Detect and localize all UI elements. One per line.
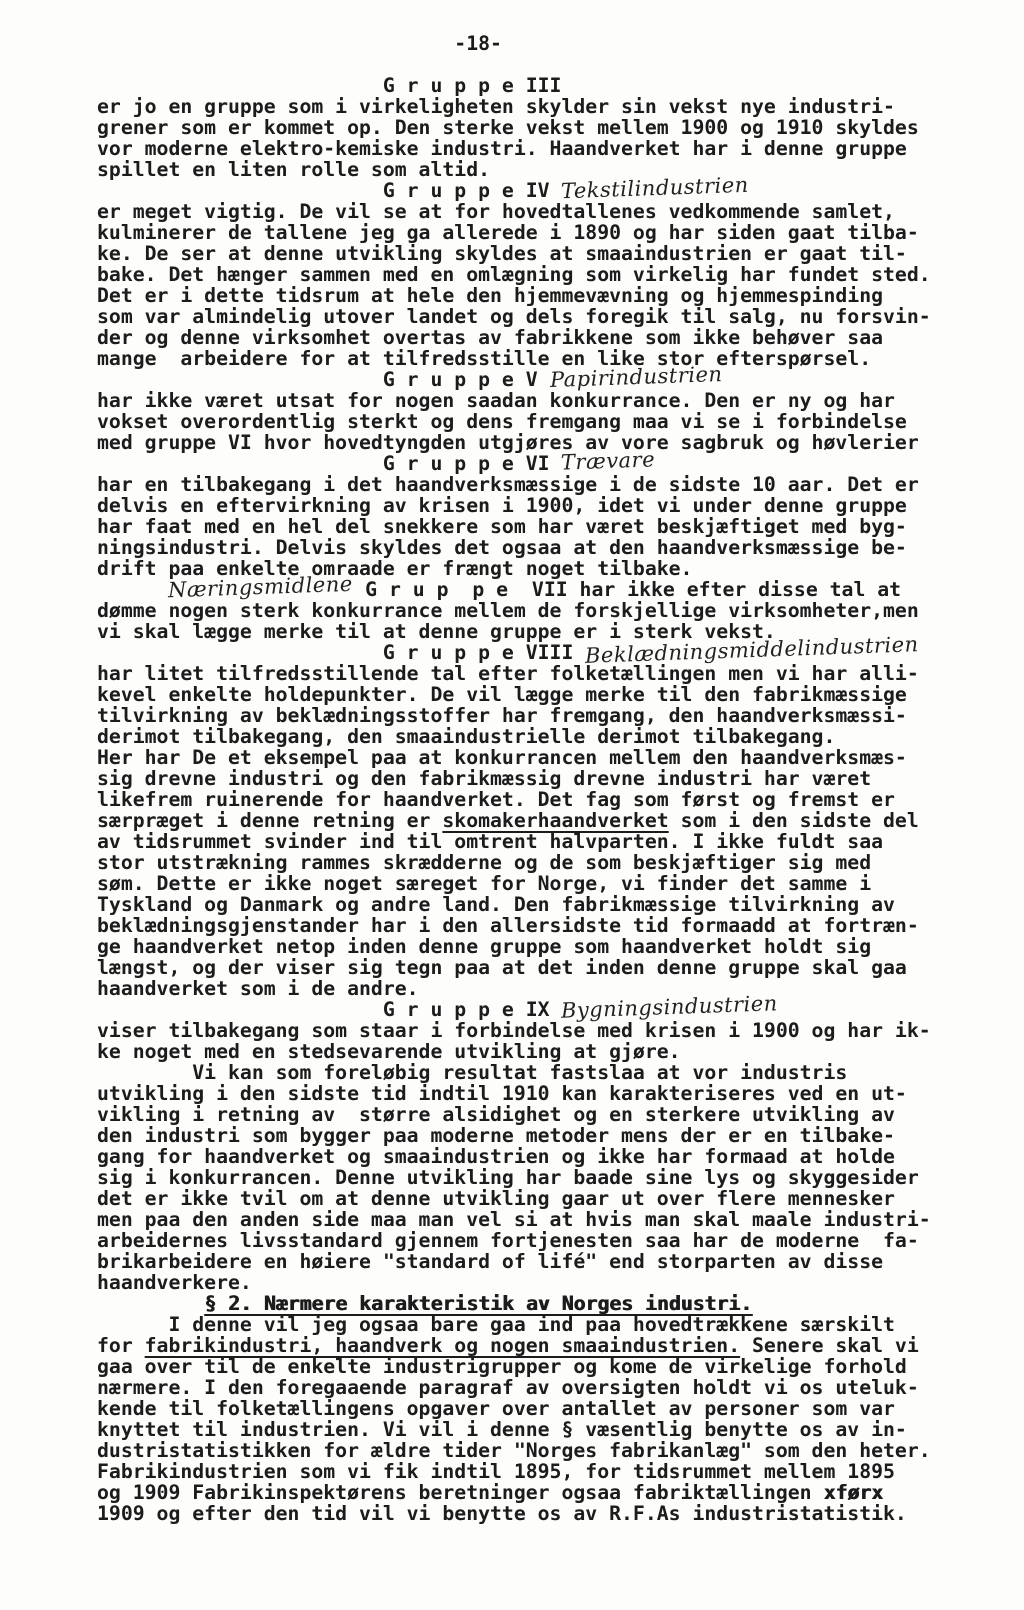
text-line: likefrem ruinerende for haandverket. Det… — [97, 789, 984, 810]
text-line: og 1909 Fabrikinspektørens beretninger o… — [97, 1482, 984, 1503]
text-line: vor moderne elektro-kemiske industri. Ha… — [97, 138, 984, 159]
typed-text: G r u p p e VII har ikke efter disse tal… — [353, 578, 901, 601]
typed-text: har faat med en hel del snekkere som har… — [97, 515, 907, 538]
typed-text: har litet tilfredsstillende tal efter fo… — [97, 662, 919, 685]
typed-text: er jo en gruppe som i virkeligheten skyl… — [97, 95, 895, 118]
typed-text: -18- — [97, 32, 502, 55]
underlined-text: skomakerhaandverket — [442, 809, 668, 832]
typed-text: Det er i dette tidsrum at hele den hjemm… — [97, 284, 883, 307]
typed-text: ge haandverket netop inden denne gruppe … — [97, 935, 871, 958]
text-line: har faat med en hel del snekkere som har… — [97, 516, 984, 537]
text-line: derimot tilbakegang, den smaaindustriell… — [97, 726, 984, 747]
typed-text: G r u p p e IV — [97, 179, 561, 202]
text-line: ke noget med en stedsevarende utvikling … — [97, 1041, 984, 1062]
typed-text: for — [97, 1334, 145, 1357]
typed-text: tilvirkning av beklædningsstoffer har fr… — [97, 704, 907, 727]
typed-text: viser tilbakegang som staar i forbindels… — [97, 1019, 931, 1042]
text-line: stor utstrækning rammes skrædderne og de… — [97, 852, 984, 873]
typed-text: haandverket som i de andre. — [97, 977, 419, 1000]
text-line: vikling i retning av større alsidighet o… — [97, 1104, 984, 1125]
text-line: spillet en liten rolle som altid. — [97, 159, 984, 180]
typed-text: brikarbeidere en høiere "standard of lif… — [97, 1250, 883, 1273]
typed-text: den industri som bygger paa moderne meto… — [97, 1124, 895, 1147]
text-line: har en tilbakegang i det haandverksmæssi… — [97, 474, 984, 495]
text-line: Her har De et eksempel paa at konkurranc… — [97, 747, 984, 768]
handwritten-annotation: Papirindustrien — [549, 364, 722, 391]
text-line: men paa den anden side maa man vel si at… — [97, 1209, 984, 1230]
typed-text: beklædningsgjenstander har i den allersi… — [97, 914, 919, 937]
text-line: der og denne virksomhet overtas av fabri… — [97, 327, 984, 348]
handwritten-annotation: Bygningsindustrien — [561, 993, 778, 1022]
typed-text: ningsindustri. Delvis skyldes det ogsaa … — [97, 536, 907, 559]
typed-text: grener som er kommet op. Den sterke veks… — [97, 116, 919, 139]
typed-text — [97, 578, 168, 601]
text-line: Det er i dette tidsrum at hele den hjemm… — [97, 285, 984, 306]
text-line: Vi kan som foreløbig resultat fastslaa a… — [97, 1062, 984, 1083]
heading-gruppe-v: G r u p p e V Papirindustrien — [97, 369, 984, 390]
typed-text: sig i konkurrancen. Denne utvikling har … — [97, 1166, 919, 1189]
typed-text: G r u p p e VIII — [97, 641, 585, 664]
typed-text: vi skal lægge merke til at denne gruppe … — [97, 620, 776, 643]
typed-text: og 1909 Fabrikinspektørens beretninger o… — [97, 1481, 823, 1504]
text-line: med gruppe VI hvor hovedtyngden utgjøres… — [97, 432, 984, 453]
text-line: Fabrikindustrien som vi fik indtil 1895,… — [97, 1461, 984, 1482]
typed-text: gang for haandverket og smaaindustrien o… — [97, 1145, 895, 1168]
typed-text: Vi kan som foreløbig resultat fastslaa a… — [97, 1061, 847, 1084]
text-line: ningsindustri. Delvis skyldes det ogsaa … — [97, 537, 984, 558]
text-line: Tyskland og Danmark og andre land. Den f… — [97, 894, 984, 915]
text-line: tilvirkning av beklædningsstoffer har fr… — [97, 705, 984, 726]
typed-text: likefrem ruinerende for haandverket. Det… — [97, 788, 895, 811]
text-line: har ikke været utsat for nogen saadan ko… — [97, 390, 984, 411]
typed-text: delvis en eftervirkning av krisen i 1900… — [97, 494, 907, 517]
typed-text: har en tilbakegang i det haandverksmæssi… — [97, 473, 919, 496]
text-line: dømme nogen sterk konkurrance mellem de … — [97, 600, 984, 621]
typed-text: G r u p p e IX — [97, 998, 561, 1021]
text-line: arbeidernes livsstandard gjennem fortjen… — [97, 1230, 984, 1251]
text-line: som var almindelig utover landet og dels… — [97, 306, 984, 327]
typed-text: bake. Det hænger sammen med en omlægning… — [97, 263, 931, 286]
page-number: -18- — [97, 33, 984, 54]
typed-text: ke. De ser at denne utvikling skyldes at… — [97, 242, 907, 265]
text-line: søm. Dette er ikke noget særeget for Nor… — [97, 873, 984, 894]
text-line: haandverkere. — [97, 1272, 984, 1293]
handwritten-annotation: Trævare — [561, 449, 656, 473]
text-line: er jo en gruppe som i virkeligheten skyl… — [97, 96, 984, 117]
typed-text: 1909 og efter den tid vil vi benytte os … — [97, 1502, 907, 1525]
text-line: det er ikke tvil om at denne utvikling g… — [97, 1188, 984, 1209]
text-line: grener som er kommet op. Den sterke veks… — [97, 117, 984, 138]
typed-text: Senere skal vi — [740, 1334, 919, 1357]
text-line: 1909 og efter den tid vil vi benytte os … — [97, 1503, 984, 1524]
typed-text: vikling i retning av større alsidighet o… — [97, 1103, 895, 1126]
text-line: længst, og der viser sig tegn paa at det… — [97, 957, 984, 978]
typed-text: Her har De et eksempel paa at konkurranc… — [97, 746, 907, 769]
text-line: den industri som bygger paa moderne meto… — [97, 1125, 984, 1146]
typed-text: I denne vil jeg ogsaa bare gaa ind paa h… — [97, 1313, 895, 1336]
text-line: mange arbeidere for at tilfredsstille en… — [97, 348, 984, 369]
handwritten-annotation: Tekstilindustrien — [561, 175, 749, 203]
typed-text: ke noget med en stedsevarende utvikling … — [97, 1040, 681, 1063]
heading-gruppe-vii: Næringsmidlene G r u p p e VII har ikke … — [97, 579, 984, 600]
text-line: nærmere. I den foregaaende paragraf av o… — [97, 1377, 984, 1398]
text-line: er meget vigtig. De vil se at for hovedt… — [97, 201, 984, 222]
typed-text: som i den sidste del — [669, 809, 919, 832]
text-line: beklædningsgjenstander har i den allersi… — [97, 915, 984, 936]
typed-text: søm. Dette er ikke noget særeget for Nor… — [97, 872, 871, 895]
typed-text: har ikke været utsat for nogen saadan ko… — [97, 389, 895, 412]
text-line: sig i konkurrancen. Denne utvikling har … — [97, 1167, 984, 1188]
typed-text: av tidsrummet svinder ind til omtrent ha… — [97, 830, 883, 853]
text-line: av tidsrummet svinder ind til omtrent ha… — [97, 831, 984, 852]
typed-text: særpræget i denne retning er — [97, 809, 442, 832]
typed-text: det er ikke tvil om at denne utvikling g… — [97, 1187, 895, 1210]
text-line: kevel enkelte holdepunkter. De vil lægge… — [97, 684, 984, 705]
document-page: -18- G r u p p e IIIer jo en gruppe som … — [0, 0, 1024, 1610]
text-line: ge haandverket netop inden denne gruppe … — [97, 936, 984, 957]
typed-text: G r u p p e VI — [97, 452, 561, 475]
typed-text: G r u p p e III — [97, 74, 561, 97]
typed-text: kulminerer de tallene jeg ga allerede i … — [97, 221, 919, 244]
typed-text: haandverkere. — [97, 1271, 252, 1294]
typed-text: men paa den anden side maa man vel si at… — [97, 1208, 931, 1231]
typed-text: gaa over til de enkelte industrigrupper … — [97, 1355, 907, 1378]
heading-gruppe-vi: G r u p p e VI Trævare — [97, 453, 984, 474]
typed-text: mange arbeidere for at tilfredsstille en… — [97, 347, 871, 370]
text-line: brikarbeidere en høiere "standard of lif… — [97, 1251, 984, 1272]
typed-text: kende til folketællingens opgaver over a… — [97, 1397, 895, 1420]
typed-text: nærmere. I den foregaaende paragraf av o… — [97, 1376, 919, 1399]
typed-text: Tyskland og Danmark og andre land. Den f… — [97, 893, 895, 916]
heading-gruppe-iv: G r u p p e IV Tekstilindustrien — [97, 180, 984, 201]
text-line: I denne vil jeg ogsaa bare gaa ind paa h… — [97, 1314, 984, 1335]
heading-gruppe-viii: G r u p p e VIII Beklædningsmiddelindust… — [97, 642, 984, 663]
typed-text: knyttet til industrien. Vi vil i denne §… — [97, 1418, 907, 1441]
typed-text: er meget vigtig. De vil se at for hovedt… — [97, 200, 895, 223]
text-line: utvikling i den sidste tid indtil 1910 k… — [97, 1083, 984, 1104]
typed-text: kevel enkelte holdepunkter. De vil lægge… — [97, 683, 907, 706]
text-line — [97, 54, 984, 75]
text-line: gaa over til de enkelte industrigrupper … — [97, 1356, 984, 1377]
text-line: knyttet til industrien. Vi vil i denne §… — [97, 1419, 984, 1440]
text-line: sig drevne industri og den fabrikmæssig … — [97, 768, 984, 789]
typed-text: sig drevne industri og den fabrikmæssig … — [97, 767, 871, 790]
text-line: delvis en eftervirkning av krisen i 1900… — [97, 495, 984, 516]
heading-paragraph-2: § 2. Nærmere karakteristik av Norges ind… — [97, 1293, 984, 1314]
typed-text: spillet en liten rolle som altid. — [97, 158, 490, 181]
text-line: for fabrikindustri, haandverk og nogen s… — [97, 1335, 984, 1356]
typed-text: Fabrikindustrien som vi fik indtil 1895,… — [97, 1460, 895, 1483]
typed-text: derimot tilbakegang, den smaaindustriell… — [97, 725, 835, 748]
text-line: særpræget i denne retning er skomakerhaa… — [97, 810, 984, 831]
text-line: vokset overordentlig sterkt og dens frem… — [97, 411, 984, 432]
underlined-text: § 2. Nærmere karakteristik av Norges ind… — [204, 1292, 752, 1315]
typed-text: dømme nogen sterk konkurrance mellem de … — [97, 599, 919, 622]
typed-text: vokset overordentlig sterkt og dens frem… — [97, 410, 907, 433]
typed-text: længst, og der viser sig tegn paa at det… — [97, 956, 907, 979]
handwritten-annotation: Næringsmidlene — [168, 574, 353, 601]
text-line: gang for haandverket og smaaindustrien o… — [97, 1146, 984, 1167]
text-line: ke. De ser at denne utvikling skyldes at… — [97, 243, 984, 264]
typed-text: som var almindelig utover landet og dels… — [97, 305, 931, 328]
text-line: dustristatistikken for ældre tider "Norg… — [97, 1440, 984, 1461]
page-text: -18- G r u p p e IIIer jo en gruppe som … — [97, 33, 984, 1524]
typed-text: arbeidernes livsstandard gjennem fortjen… — [97, 1229, 919, 1252]
text-line: bake. Det hænger sammen med en omlægning… — [97, 264, 984, 285]
typed-text — [97, 1292, 204, 1315]
text-line: har litet tilfredsstillende tal efter fo… — [97, 663, 984, 684]
typed-text: der og denne virksomhet overtas av fabri… — [97, 326, 883, 349]
text-line: kulminerer de tallene jeg ga allerede i … — [97, 222, 984, 243]
underlined-text: fabrikindustri, haandverk og nogen smaai… — [145, 1334, 740, 1357]
typed-text: med gruppe VI hvor hovedtyngden utgjøres… — [97, 431, 919, 454]
typed-text: stor utstrækning rammes skrædderne og de… — [97, 851, 871, 874]
heading-gruppe-iii: G r u p p e III — [97, 75, 984, 96]
text-line: kende til folketællingens opgaver over a… — [97, 1398, 984, 1419]
typed-text: vor moderne elektro-kemiske industri. Ha… — [97, 137, 907, 160]
typed-text: G r u p p e V — [97, 368, 550, 391]
text-line: haandverket som i de andre. — [97, 978, 984, 999]
typed-text: xførx — [823, 1481, 883, 1504]
typed-text: dustristatistikken for ældre tider "Norg… — [97, 1439, 931, 1462]
typed-text: utvikling i den sidste tid indtil 1910 k… — [97, 1082, 907, 1105]
heading-gruppe-ix: G r u p p e IX Bygningsindustrien — [97, 999, 984, 1020]
text-line: viser tilbakegang som staar i forbindels… — [97, 1020, 984, 1041]
